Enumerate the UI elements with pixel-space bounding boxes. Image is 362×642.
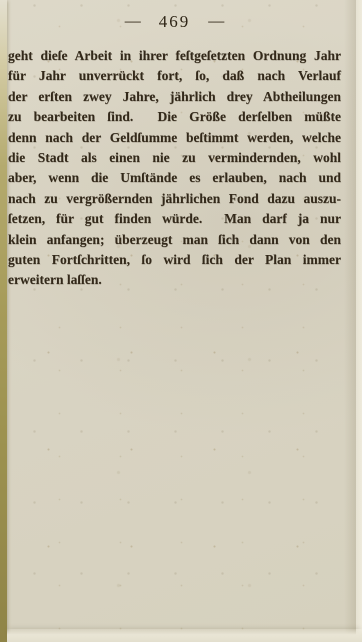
book-left-edge <box>0 0 7 642</box>
text-line: ſetzen, für gut finden würde. Man darf j… <box>8 209 341 229</box>
page-right-edge <box>356 0 362 642</box>
header-dash-right: — <box>208 15 224 29</box>
page-bottom-edge <box>7 629 362 642</box>
text-line: guten Fortſchritten, ſo wird ſich der Pl… <box>8 250 341 270</box>
text-line: denn nach der Geldſumme beſtimmt werden,… <box>8 128 341 148</box>
text-line: geht dieſe Arbeit in ihrer feſtgeſetzten… <box>8 46 341 66</box>
text-line-last: erweitern laſſen. <box>8 270 341 290</box>
header-dash-left: — <box>125 15 141 29</box>
text-line: aber, wenn die Umſtände es erlauben, nac… <box>8 168 341 188</box>
body-paragraph: geht dieſe Arbeit in ihrer feſtgeſetzten… <box>8 46 341 291</box>
text-line: nach zu vergrößernden jährlichen Fond da… <box>8 189 341 209</box>
text-line: zu bearbeiten ſind. Die Größe derſelben … <box>8 107 341 127</box>
text-line: der erſten zwey Jahre, jährlich drey Abt… <box>8 87 341 107</box>
text-line: die Stadt als einen nie zu vermindernden… <box>8 148 341 168</box>
text-line: für Jahr unverrückt fort, ſo, daß nach V… <box>8 66 341 86</box>
page-number: 469 <box>159 12 191 32</box>
page-header: — 469 — <box>8 12 341 32</box>
text-line: klein anfangen; überzeugt man ſich dann … <box>8 230 341 250</box>
page-right-edge-shadow <box>344 0 356 642</box>
scanned-book-page: — 469 — geht dieſe Arbeit in ihrer feſtg… <box>0 0 362 642</box>
